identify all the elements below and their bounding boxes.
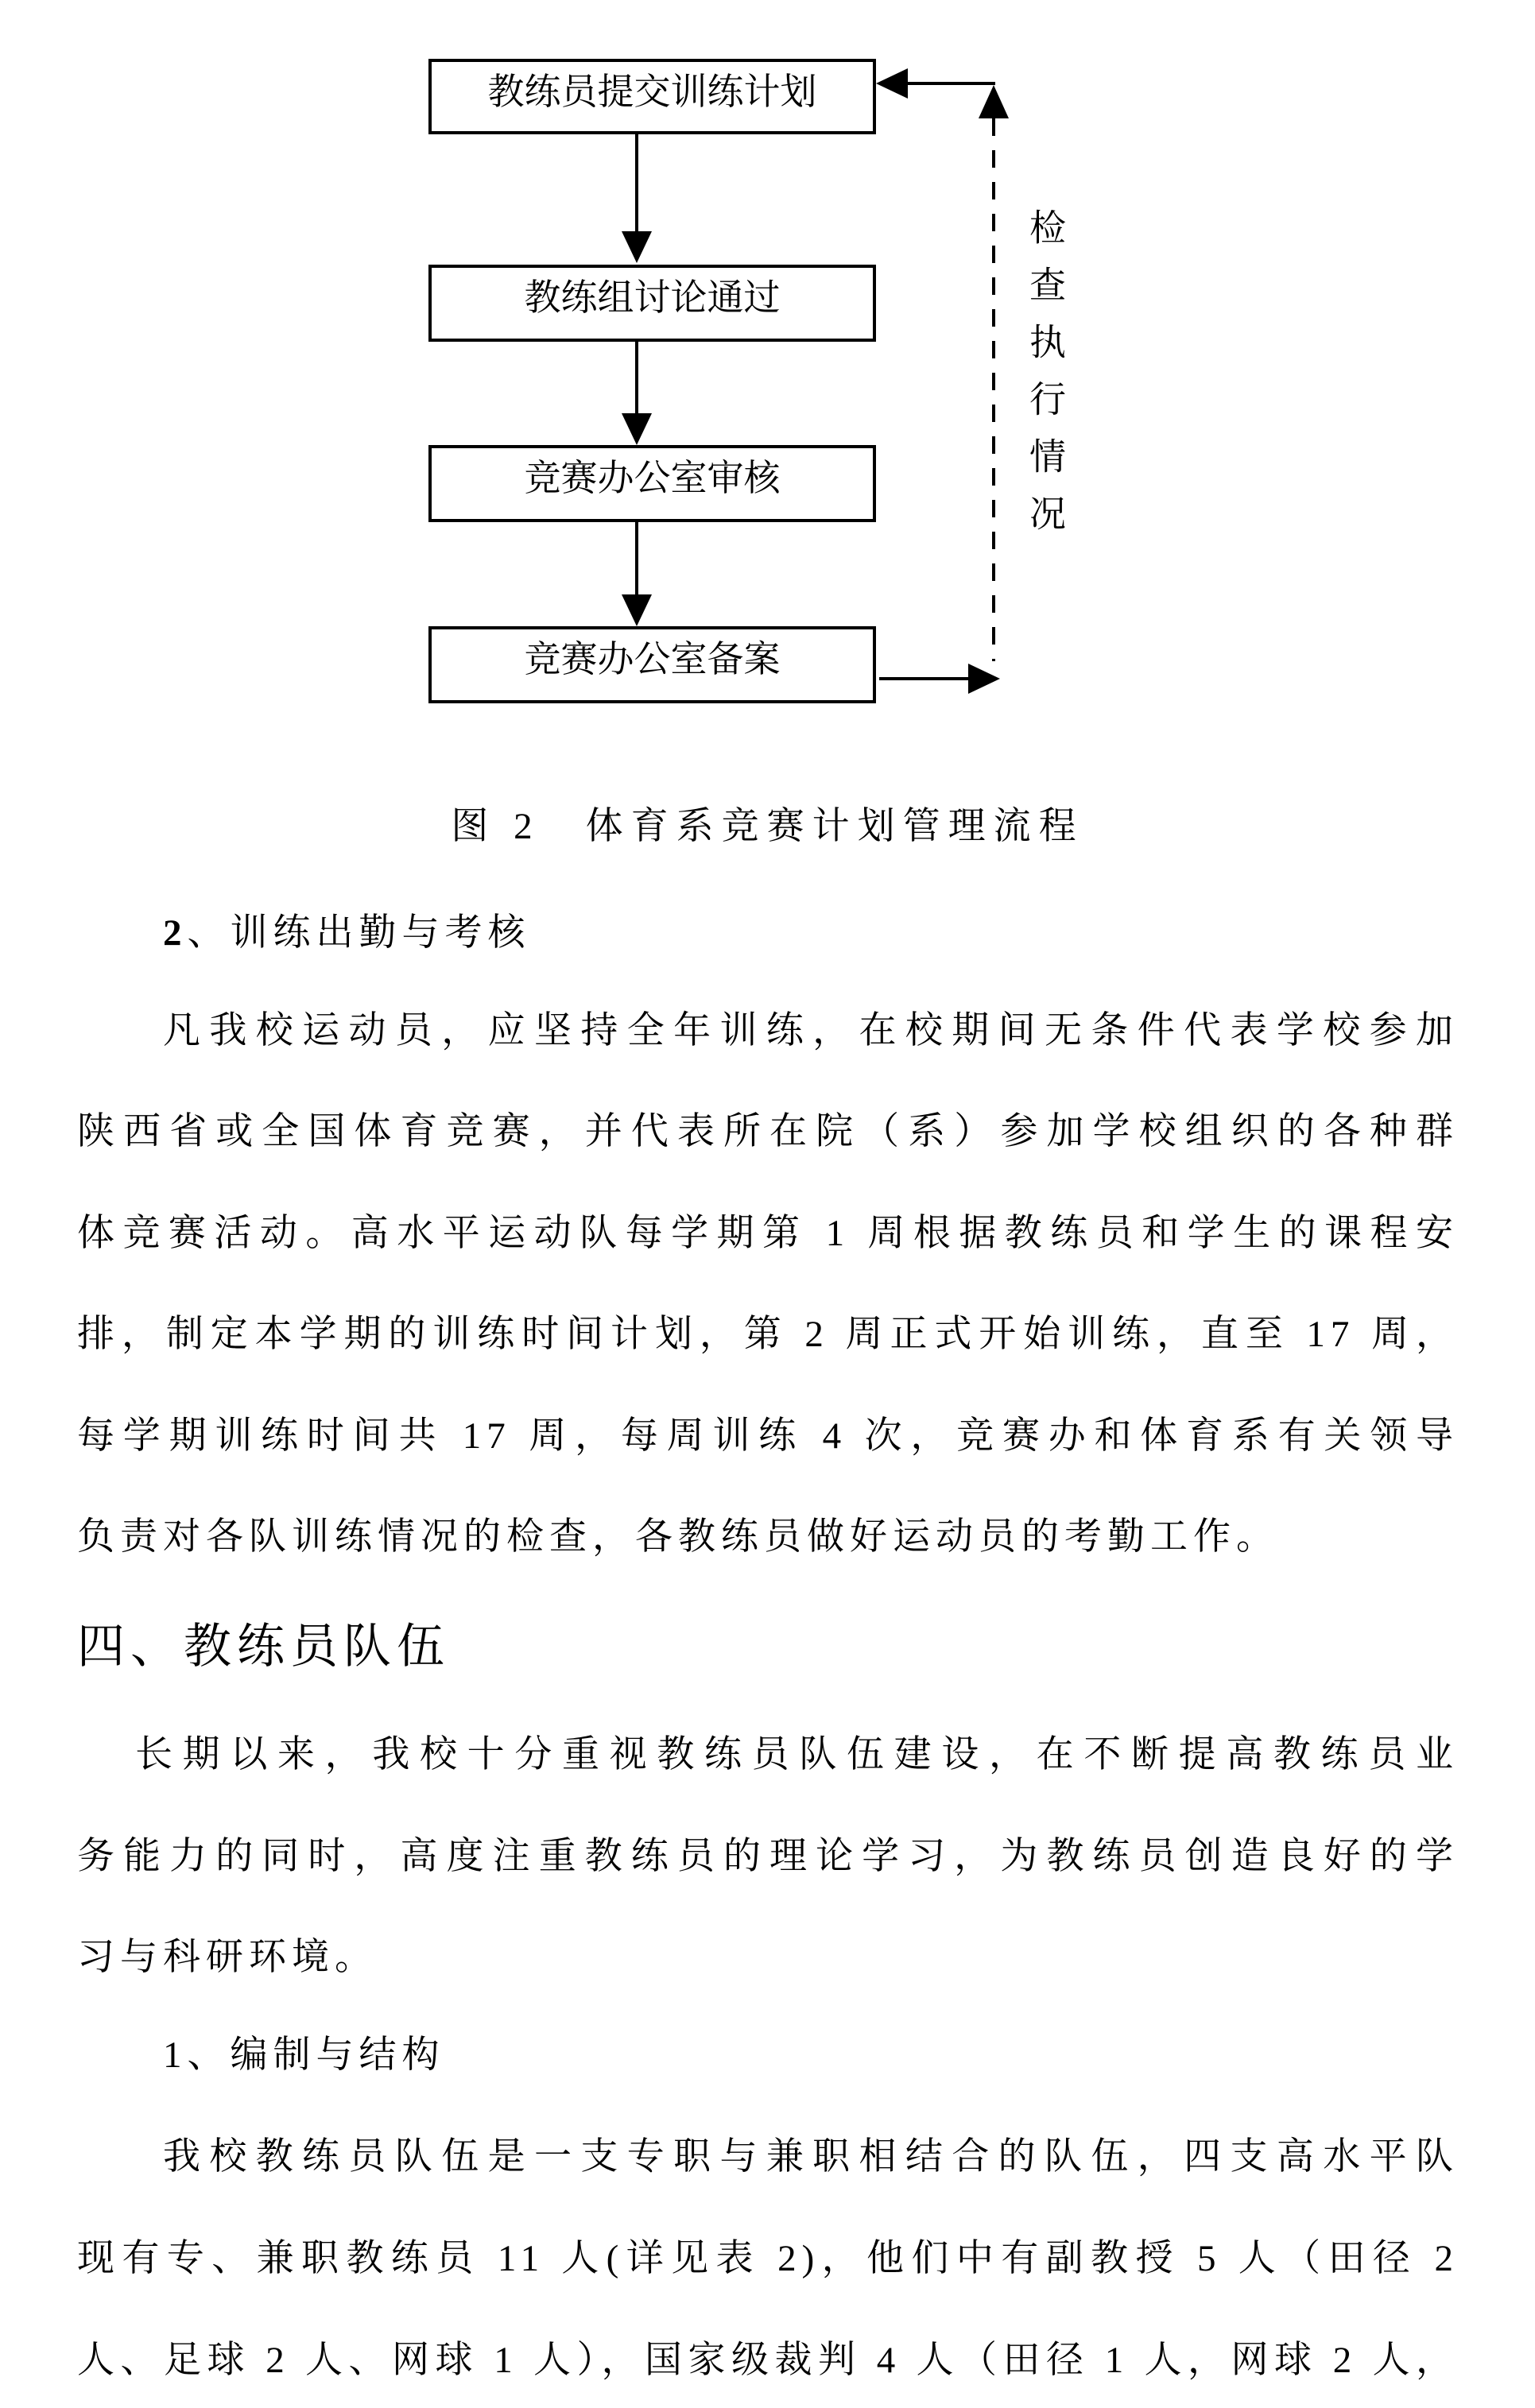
heading-structure: 1、编制与结构 [163,2031,445,2080]
flow-box-office-review: 竞赛办公室审核 [428,445,876,522]
flow-box-label: 教练员提交训练计划 [488,72,817,113]
arrow-down-icon [622,594,652,626]
body-line: 长期以来，我校十分重视教练员队伍建设，在不断提高教练员业 [77,1730,1459,1779]
flow-box-office-filing: 竞赛办公室备案 [428,626,876,703]
body-line: 排，制定本学期的训练时间计划，第 2 周正式开始训练，直至 17 周， [77,1310,1459,1359]
connector-line-3 [635,522,638,596]
document-page: 教练员提交训练计划 教练组讨论通过 竞赛办公室审核 竞赛办公室备案 检查执行情况… [0,0,1535,2408]
figure-caption: 图 2 体育系竞赛计划管理流程 [0,796,1535,850]
feedback-dashed-line [992,118,995,661]
arrow-left-icon [876,68,908,99]
arrow-down-icon [622,413,652,445]
arrow-down-icon [622,231,652,263]
heading-text: 、训练出勤与考核 [188,912,531,954]
flow-box-label: 竞赛办公室审核 [525,458,781,499]
heading-number: 1 [163,2034,188,2076]
flow-box-label: 竞赛办公室备案 [525,639,781,680]
body-line: 陕西省或全国体育竞赛，并代表所在院（系）参加学校组织的各种群 [77,1107,1459,1156]
body-line: 人、足球 2 人、网球 1 人），国家级裁判 4 人（田径 1 人，网球 2 人… [77,2336,1459,2385]
body-line: 务能力的同时，高度注重教练员的理论学习，为教练员创造良好的学 [77,1832,1459,1881]
flow-box-submit-plan: 教练员提交训练计划 [428,59,876,134]
body-line: 负责对各队训练情况的检查，各教练员做好运动员的考勤工作。 [77,1512,1459,1562]
body-line: 凡我校运动员，应坚持全年训练，在校期间无条件代表学校参加 [77,1006,1459,1055]
body-line: 现有专、兼职教练员 11 人(详见表 2)，他们中有副教授 5 人（田径 2 [77,2234,1459,2283]
body-line: 体竞赛活动。高水平运动队每学期第 1 周根据教练员和学生的课程安 [77,1209,1459,1258]
feedback-bottom-line [879,677,968,680]
arrow-right-icon [968,664,1000,694]
heading-coach-team: 四、教练员队伍 [77,1621,450,1672]
body-line: 每学期训练时间共 17 周，每周训练 4 次，竞赛办和体育系有关领导 [77,1411,1459,1461]
heading-number: 2 [163,912,188,954]
body-line: 我校教练员队伍是一支专职与兼职相结合的队伍，四支高水平队 [77,2132,1459,2182]
heading-text: 、编制与结构 [188,2034,445,2076]
connector-line-2 [635,342,638,415]
arrow-up-icon [979,85,1009,118]
flow-box-label: 教练组讨论通过 [525,277,781,319]
body-line: 习与科研环境。 [77,1933,1459,1982]
feedback-label: 检查执行情况 [1025,208,1064,552]
heading-attendance: 2、训练出勤与考核 [163,908,531,958]
flow-box-group-discussion: 教练组讨论通过 [428,265,876,342]
connector-line-1 [635,134,638,233]
